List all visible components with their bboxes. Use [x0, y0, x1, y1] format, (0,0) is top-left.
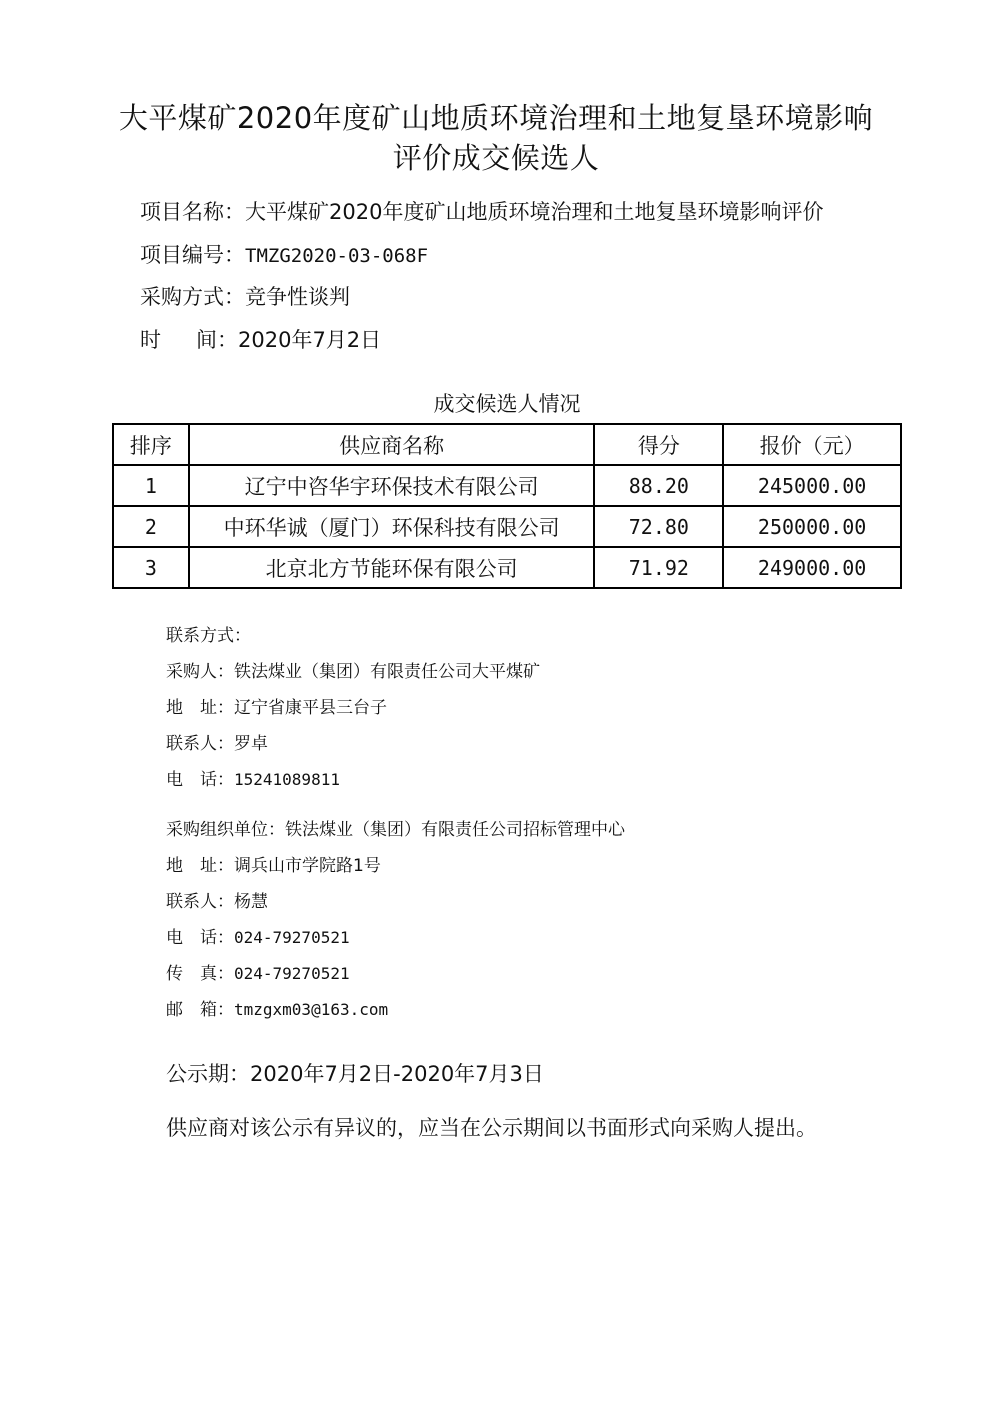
rank-cell: 3 [113, 547, 189, 588]
header-rank: 排序 [113, 424, 189, 465]
label-part: 传 [166, 960, 183, 988]
agency-phone-row: 电话：024-79270521 [166, 924, 625, 960]
project-name-row: 项目名称：大平煤矿2020年度矿山地质环境治理和土地复垦环境影响评价 [140, 196, 823, 239]
header-price: 报价（元） [723, 424, 901, 465]
buyer-name-row: 采购人：铁法煤业（集团）有限责任公司大平煤矿 [166, 658, 625, 694]
buyer-person-row: 联系人：罗卓 [166, 730, 625, 766]
label-part: 址： [200, 694, 234, 722]
time-row: 时间：2020年7月2日 [140, 324, 823, 367]
header-supplier: 供应商名称 [189, 424, 595, 465]
label-part: 地 [166, 694, 183, 722]
table-row: 1 辽宁中咨华宇环保技术有限公司 88.20 245000.00 [113, 465, 901, 506]
buyer-phone-row: 电话：15241089811 [166, 766, 625, 802]
agency-phone-label: 电话： [166, 924, 234, 952]
notice-section: 公示期：2020年7月2日-2020年7月3日 供应商对该公示有异议的，应当在公… [166, 1058, 817, 1144]
buyer-person-label: 联系人： [166, 734, 234, 754]
contact-section: 联系方式： 采购人：铁法煤业（集团）有限责任公司大平煤矿 地址：辽宁省康平县三台… [166, 622, 625, 1032]
agency-fax: 024-79270521 [234, 964, 350, 983]
agency-fax-row: 传真：024-79270521 [166, 960, 625, 996]
label-part: 话： [200, 924, 234, 952]
agency-address-label: 地址： [166, 852, 234, 880]
agency-name: 铁法煤业（集团）有限责任公司招标管理中心 [285, 820, 625, 840]
objection-text: 供应商对该公示有异议的，应当在公示期间以书面形式向采购人提出。 [166, 1112, 817, 1144]
agency-person-row: 联系人：杨慧 [166, 888, 625, 924]
contact-heading: 联系方式： [166, 622, 625, 658]
buyer-person: 罗卓 [234, 734, 268, 754]
title-line-1: 大平煤矿2020年度矿山地质环境治理和土地复垦环境影响 [0, 98, 992, 138]
project-no-value: TMZG2020-03-068F [245, 245, 428, 267]
project-no-label: 项目编号： [140, 239, 245, 271]
price-cell: 249000.00 [723, 547, 901, 588]
agency-email-label: 邮箱： [166, 996, 234, 1024]
supplier-cell: 辽宁中咨华宇环保技术有限公司 [189, 465, 595, 506]
label-part: 邮 [166, 996, 183, 1024]
label-part: 话： [200, 766, 234, 794]
label-part: 真： [200, 960, 234, 988]
project-meta: 项目名称：大平煤矿2020年度矿山地质环境治理和土地复垦环境影响评价 项目编号：… [140, 196, 823, 366]
rank-cell: 2 [113, 506, 189, 547]
header-score: 得分 [594, 424, 723, 465]
buyer-address-label: 地址： [166, 694, 234, 722]
table-row: 2 中环华诚（厦门）环保科技有限公司 72.80 250000.00 [113, 506, 901, 547]
method-value: 竞争性谈判 [245, 285, 350, 309]
price-cell: 245000.00 [723, 465, 901, 506]
buyer-name: 铁法煤业（集团）有限责任公司大平煤矿 [234, 662, 540, 682]
score-cell: 72.80 [594, 506, 723, 547]
candidates-table: 排序 供应商名称 得分 报价（元） 1 辽宁中咨华宇环保技术有限公司 88.20… [112, 423, 902, 589]
score-cell: 71.92 [594, 547, 723, 588]
buyer-phone-label: 电话： [166, 766, 234, 794]
table-caption: 成交候选人情况 [0, 388, 992, 418]
period-label: 公示期： [166, 1062, 250, 1086]
label-part: 地 [166, 852, 183, 880]
label-part: 箱： [200, 996, 234, 1024]
label-part: 电 [166, 924, 183, 952]
publicity-period-row: 公示期：2020年7月2日-2020年7月3日 [166, 1058, 817, 1090]
supplier-cell: 中环华诚（厦门）环保科技有限公司 [189, 506, 595, 547]
label-part: 电 [166, 766, 183, 794]
project-name-value: 大平煤矿2020年度矿山地质环境治理和土地复垦环境影响评价 [245, 200, 823, 224]
buyer-address: 辽宁省康平县三台子 [234, 698, 387, 718]
agency-person: 杨慧 [234, 892, 268, 912]
time-label-b: 间： [196, 324, 238, 356]
score-cell: 88.20 [594, 465, 723, 506]
label-part: 址： [200, 852, 234, 880]
method-row: 采购方式：竞争性谈判 [140, 281, 823, 324]
title-line-2: 评价成交候选人 [0, 138, 992, 178]
time-label: 时间： [140, 324, 238, 356]
buyer-name-label: 采购人： [166, 662, 234, 682]
period-value: 2020年7月2日-2020年7月3日 [250, 1062, 544, 1086]
time-label-a: 时 [140, 324, 161, 356]
supplier-cell: 北京北方节能环保有限公司 [189, 547, 595, 588]
agency-person-label: 联系人： [166, 892, 234, 912]
project-no-row: 项目编号：TMZG2020-03-068F [140, 239, 823, 282]
agency-address: 调兵山市学院路1号 [234, 856, 381, 876]
project-name-label: 项目名称： [140, 196, 245, 228]
rank-cell: 1 [113, 465, 189, 506]
table-row: 3 北京北方节能环保有限公司 71.92 249000.00 [113, 547, 901, 588]
table-header-row: 排序 供应商名称 得分 报价（元） [113, 424, 901, 465]
agency-email: tmzgxm03@163.com [234, 1000, 388, 1019]
agency-fax-label: 传真： [166, 960, 234, 988]
agency-address-row: 地址：调兵山市学院路1号 [166, 852, 625, 888]
agency-name-label: 采购组织单位： [166, 820, 285, 840]
agency-email-row: 邮箱：tmzgxm03@163.com [166, 996, 625, 1032]
document-title: 大平煤矿2020年度矿山地质环境治理和土地复垦环境影响 评价成交候选人 [0, 98, 992, 178]
method-label: 采购方式： [140, 281, 245, 313]
buyer-address-row: 地址：辽宁省康平县三台子 [166, 694, 625, 730]
price-cell: 250000.00 [723, 506, 901, 547]
agency-phone: 024-79270521 [234, 928, 350, 947]
buyer-phone: 15241089811 [234, 770, 340, 789]
agency-name-row: 采购组织单位：铁法煤业（集团）有限责任公司招标管理中心 [166, 816, 625, 852]
time-value: 2020年7月2日 [238, 328, 381, 352]
